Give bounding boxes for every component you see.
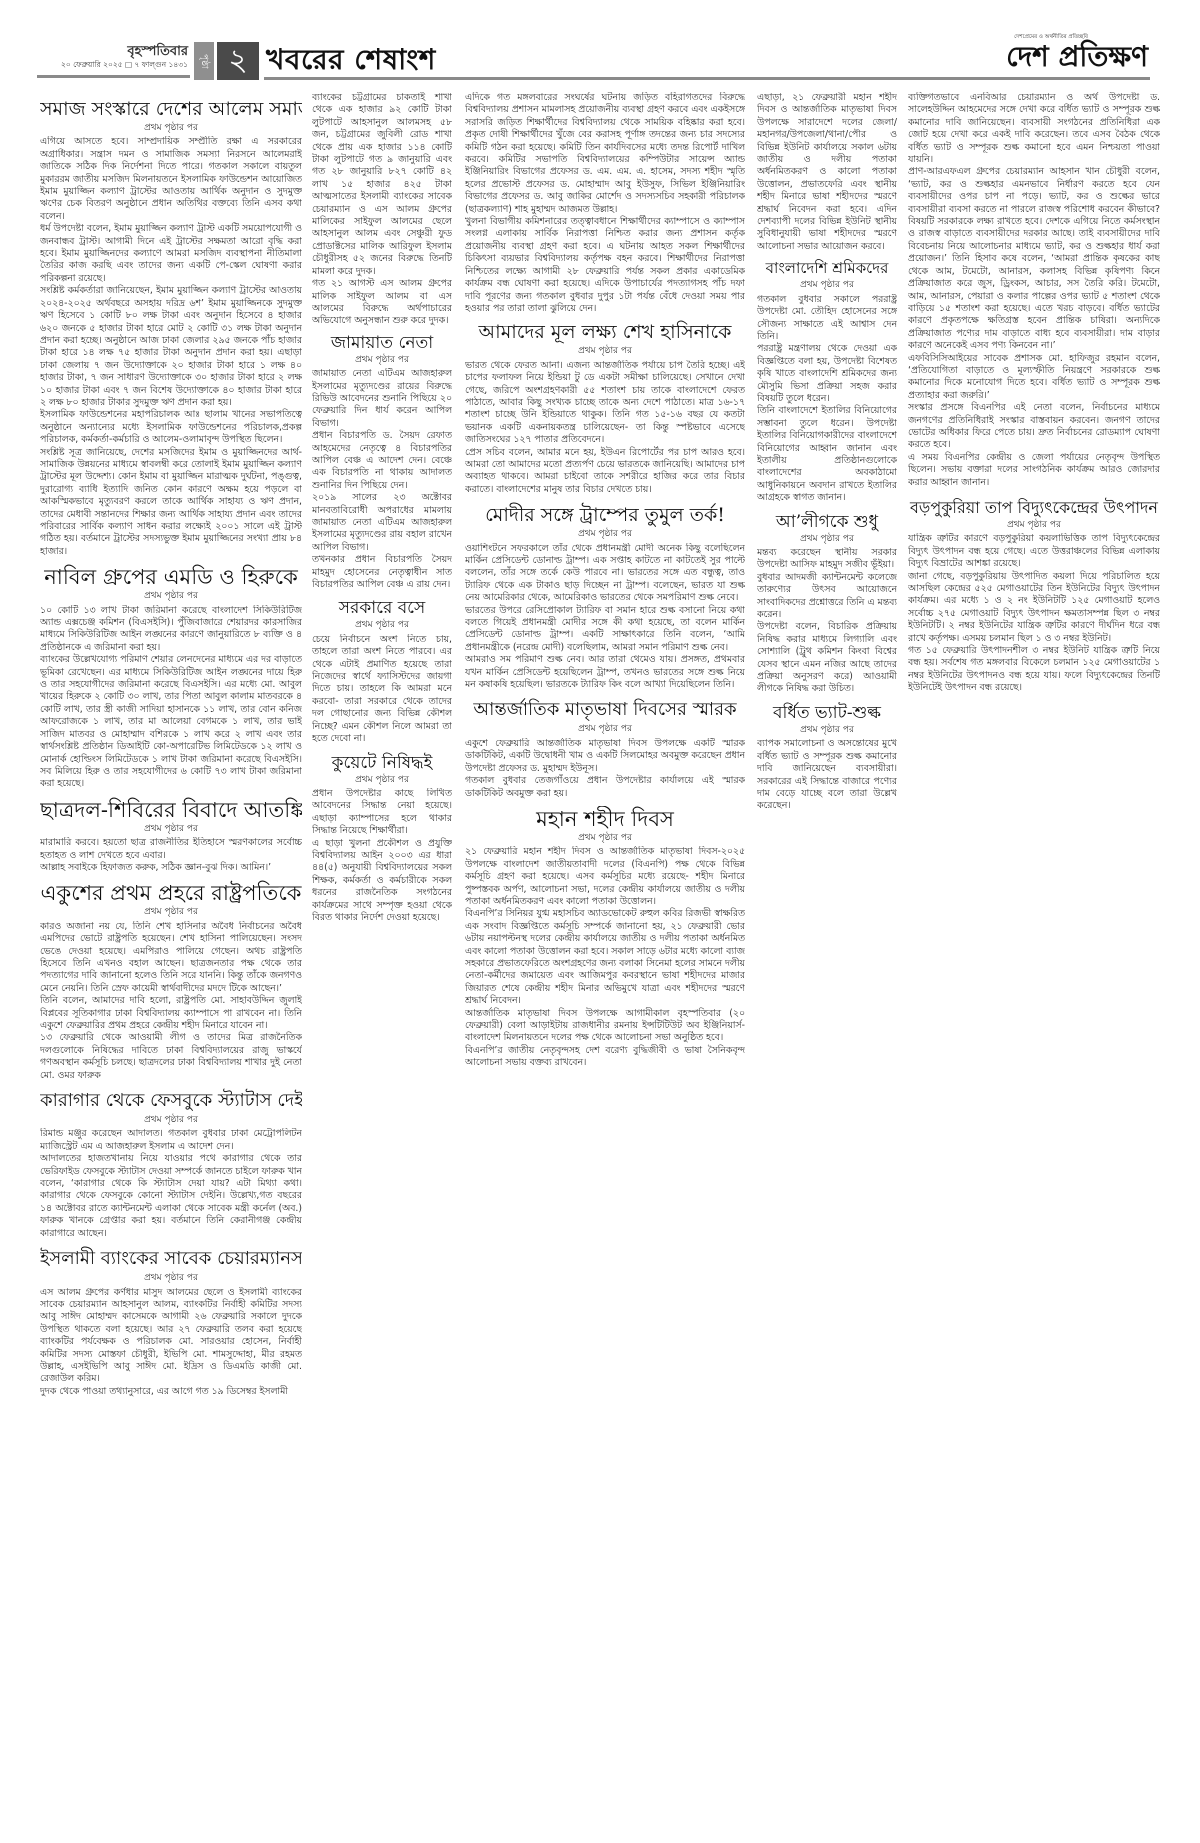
jump-line: প্রথম পৃষ্ঠার পর [40, 1114, 302, 1126]
masthead-name: দেশ প্রতিক্ষণ [1006, 42, 1148, 72]
headline: একুশের প্রথম প্রহরে রাষ্ট্রপতিকে [40, 880, 302, 906]
paragraph: ১০ কোটি ১৩ লাখ টাকা জরিমানা করেছে বাংলাদ… [40, 605, 302, 655]
paragraph: বিএনপি’র জাতীয় নেতৃবৃন্দসহ দেশ বরেণ্য ব… [465, 1045, 745, 1070]
jump-line: প্রথম পৃষ্ঠার পর [312, 354, 452, 366]
paragraph: ভারতের উপরে রেসিপ্রোকাল ট্যারিফ বা সমান … [465, 605, 745, 655]
paragraph: প্রেস সচিব বলেন, আমার মনে হয়, ইউএন রিপো… [465, 447, 745, 497]
jump-line: প্রথম পৃষ্ঠার পর [40, 122, 302, 134]
paragraph: গতকাল বুধবার সকালে পররাষ্ট্র উপদেষ্টা মো… [757, 294, 897, 344]
paragraph: ধর্ম উপদেষ্টা বলেন, ইমাম মুয়াজ্জিন কল্য… [40, 223, 302, 285]
paragraph: এগিয়ে আসতে হবে। সাম্প্রদায়িক সম্প্রীতি… [40, 136, 302, 223]
paragraph: গত ১৫ ফেব্রুয়ারি উৎপাদনশীল ৩ নম্বর ইউনি… [908, 645, 1160, 695]
story-chhatradal: ছাত্রদল-শিবিরের বিবাদে আতঙ্কিত প্রথম পৃষ… [40, 797, 302, 875]
headline: ছাত্রদল-শিবিরের বিবাদে আতঙ্কিত [40, 797, 302, 823]
jump-line: প্রথম পৃষ্ঠার পর [757, 724, 897, 736]
paragraph: এ ছাড়া খুলনা প্রকৌশল ও প্রযুক্তি বিশ্বব… [312, 838, 452, 925]
story-matribhasha: আন্তর্জাতিক মাতৃভাষা দিবসের স্মারক প্রথম… [465, 697, 745, 799]
paragraph: ১৩ ফেব্রুয়ারি থেকে আওয়ামী লীগ ও তাদের … [40, 1032, 302, 1082]
story-jamaat: জামায়াত নেতা প্রথম পৃষ্ঠার পর জামায়াত … [312, 332, 452, 592]
paragraph: কারও অজানা নয় যে, তিনি শেখ হাসিনার অবৈধ… [40, 921, 302, 995]
headline: আ’লীগকে শুধু [757, 511, 897, 533]
paragraph: সংশ্লিষ্ট কর্মকর্তারা জানিয়েছেন, ইমাম ম… [40, 285, 302, 409]
story-shromik: বাংলাদেশি শ্রমিকদের প্রথম পৃষ্ঠার পর গতক… [757, 257, 897, 504]
story-hasina: আমাদের মূল লক্ষ্য শেখ হাসিনাকে প্রথম পৃষ… [465, 319, 745, 496]
paragraph: খুলনা বিভাগীয় কমিশনারের তত্ত্বাবধানে শি… [465, 216, 745, 315]
paragraph: ইসলামিক ফাউন্ডেশনের মহাপরিচালক আঃ ছালাম … [40, 409, 302, 446]
story-sarkare: সরকারে বসে প্রথম পৃষ্ঠার পর চেয়ে নির্বা… [312, 597, 452, 745]
paragraph: তখনকার প্রধান বিচারপতি সৈয়দ মাহমুদ হোসে… [312, 554, 452, 591]
story-alem: সমাজ সংস্কারে দেশের আলেম সমাজকে প্রথম পৃ… [40, 96, 302, 558]
paragraph: বিএনপি’র সিনিয়র যুগ্ম মহাসচিব অ্যাডভোকে… [465, 908, 745, 1007]
paragraph: ব্যাংকের চট্টগ্রামের চাকতাই শাখা থেকে এক… [312, 92, 452, 278]
page-header: বৃহস্পতিবার ২০ ফেব্রুয়ারি ২০২৫ □ ৭ ফাল্… [0, 0, 1200, 70]
paragraph: পররাষ্ট্র মন্ত্রণালয় থেকে দেওয়া এক বিজ… [757, 343, 897, 405]
masthead-logo: দেশপ্রেমের ও অর্থনীতির প্রতিচ্ছবি দেশ প্… [1006, 34, 1148, 72]
headline: কুয়েটে নিষিদ্ধই [312, 752, 452, 774]
column-6: ব্যক্তিগতভাবে এনবিআর চেয়ারম্যান ও অর্থ … [908, 92, 1160, 1837]
jump-line: প্রথম পৃষ্ঠার পর [465, 528, 745, 540]
story-mohan: মহান শহীদ দিবস প্রথম পৃষ্ঠার পর ২১ ফেব্র… [465, 806, 745, 1070]
paragraph: এস আলম গ্রুপের কর্ণধার মাসুদ আলমের ছেলে … [40, 1287, 302, 1386]
story-nabil: নাবিল গ্রুপের এমডি ও হিরুকে প্রথম পৃষ্ঠা… [40, 564, 302, 791]
paragraph: প্রধান উপদেষ্টার কাছে লিখিত আবেদনের সিদ্… [312, 788, 452, 838]
jump-line: প্রথম পৃষ্ঠার পর [465, 832, 745, 844]
paragraph: আদালতের হাজতখানায় নিয়ে যাওয়ার পথে কার… [40, 1153, 302, 1240]
paragraph: গতকাল বুধবার তেজগাঁওয়ে প্রধান উপদেষ্টার… [465, 775, 745, 800]
header-rule-left [37, 75, 190, 78]
story-ekushe: একুশের প্রথম প্রহরে রাষ্ট্রপতিকে প্রথম প… [40, 880, 302, 1082]
jump-line: প্রথম পৃষ্ঠার পর [908, 519, 1160, 531]
jump-line: প্রথম পৃষ্ঠার পর [312, 774, 452, 786]
paragraph: ওয়াশিংটনে সফরকালে তাঁর থেকে প্রধানমন্ত্… [465, 543, 745, 605]
jump-line: প্রথম পৃষ্ঠার পর [757, 533, 897, 545]
story-karagar: কারাগার থেকে ফেসবুকে স্ট্যাটাস দেইনি প্র… [40, 1088, 302, 1240]
paragraph: মন্তব্য করেছেন স্থানীয় সরকার উপদেষ্টা আ… [757, 547, 897, 572]
paragraph: রিমান্ড মঞ্জুর করেছেন আদালত। গতকাল বুধবা… [40, 1128, 302, 1153]
paragraph: এ সময় বিএনপির কেন্দ্রীয় ও জেলা পর্যায়… [908, 452, 1160, 489]
story-trump: মোদীর সঙ্গে ট্রাম্পের তুমুল তর্ক! প্রথম … [465, 502, 745, 691]
paragraph: একুশে ফেব্রুয়ারি আন্তর্জাতিক মাতৃভাষা দ… [465, 738, 745, 775]
column-5: এছাড়া, ২১ ফেব্রুয়ারী মহান শহীদ দিবস ও … [757, 92, 897, 1837]
story-islami-bank: ইসলামী ব্যাংকের সাবেক চেয়ারম্যানসহ প্রথ… [40, 1246, 302, 1398]
headline: মহান শহীদ দিবস [465, 806, 745, 832]
paragraph: ব্যক্তিগতভাবে এনবিআর চেয়ারম্যান ও অর্থ … [908, 92, 1160, 166]
headline: আন্তর্জাতিক মাতৃভাষা দিবসের স্মারক [465, 697, 745, 723]
column-2: ব্যাংকের চট্টগ্রামের চাকতাই শাখা থেকে এক… [312, 92, 452, 1837]
paragraph: ব্যাংকের উল্লেখযোগ্য পরিমাণ শেয়ার লেনদে… [40, 654, 302, 790]
paragraph: প্রাণ-আরএফএল গ্রুপের চেয়ারম্যান আহসান খ… [908, 166, 1160, 352]
jump-line: প্রথম পৃষ্ঠার পর [40, 1272, 302, 1284]
paragraph: বুধবার আদমজী ক্যান্টনমেন্ট কলেজে তারুণ্য… [757, 572, 897, 622]
jump-line: প্রথম পৃষ্ঠার পর [757, 279, 897, 291]
paragraph: চেয়ে নির্বাচনে অংশ নিতে চায়, তাহলে তার… [312, 634, 452, 746]
story-barapukuria: বড়পুকুরিয়া তাপ বিদ্যুৎকেন্দ্রের উৎপাদন… [908, 497, 1160, 695]
headline: মোদীর সঙ্গে ট্রাম্পের তুমুল তর্ক! [465, 502, 745, 528]
jump-line: প্রথম পৃষ্ঠার পর [465, 345, 745, 357]
paragraph: ব্যাপক সমালোচনা ও অসন্তোষের মুখে বর্ধিত … [757, 738, 897, 812]
paragraph: আন্তর্জাতিক মাতৃভাষা দিবস উপলক্ষে আগামীক… [465, 1008, 745, 1045]
headline: নাবিল গ্রুপের এমডি ও হিরুকে [40, 564, 302, 590]
paragraph: মারামারি করবে। হয়তো ছাত্র রাজনীতির ইতিহ… [40, 837, 302, 862]
story-vat: বর্ধিত ভ্যাট-শুল্ক প্রথম পৃষ্ঠার পর ব্যা… [757, 702, 897, 813]
page-number: ২ [217, 42, 259, 80]
jump-line: প্রথম পৃষ্ঠার পর [312, 619, 452, 631]
paragraph: এদিকে গত মঙ্গলবারের সংঘর্ষের ঘটনায় জড়ি… [465, 92, 745, 216]
headline: সরকারে বসে [312, 597, 452, 619]
headline: সমাজ সংস্কারে দেশের আলেম সমাজকে [40, 96, 302, 122]
paragraph: তিনি বাংলাদেশে ইতালির বিনিয়োগের সম্ভাবন… [757, 405, 897, 504]
paragraph: এফবিসিসিআইয়ের সাবেক প্রশাসক মো. হাফিজুর… [908, 353, 1160, 403]
paragraph: ভারত থেকে ফেরত আনা। এজন্য আন্তর্জাতিক পর… [465, 360, 745, 447]
paragraph: ২১ ফেব্রুয়ারি মহান শহীদ দিবস ও আন্তর্জা… [465, 846, 745, 908]
page-label: পৃষ্ঠা [194, 42, 214, 80]
headline: বড়পুকুরিয়া তাপ বিদ্যুৎকেন্দ্রের উৎপাদন [908, 497, 1160, 519]
paragraph: প্রধান বিচারপতি ড. সৈয়দ রেফাত আহমেদের ন… [312, 430, 452, 492]
jump-line: প্রথম পৃষ্ঠার পর [40, 590, 302, 602]
paragraph: জামায়াত নেতা এটিএম আজহারুল ইসলামের মৃত্… [312, 368, 452, 430]
headline: জামায়াত নেতা [312, 332, 452, 354]
header-rule-right [264, 77, 1150, 80]
paragraph: দুদক থেকে পাওয়া তথ্যানুসারে, এর আগে গত … [40, 1386, 302, 1398]
paragraph: জানা গেছে, বড়পুকুরিয়ায় উৎপাদিত কয়লা … [908, 571, 1160, 645]
headline: আমাদের মূল লক্ষ্য শেখ হাসিনাকে [465, 319, 745, 345]
paragraph: উপদেষ্টা বলেন, বিচারিক প্রক্রিয়ায় নিষি… [757, 621, 897, 695]
column-1: সমাজ সংস্কারে দেশের আলেম সমাজকে প্রথম পৃ… [40, 92, 302, 1837]
paragraph: ২০১৯ সালের ২৩ অক্টোবর মানবতাবিরোধী অপরাধ… [312, 492, 452, 554]
headline: বর্ধিত ভ্যাট-শুল্ক [757, 702, 897, 724]
jump-line: প্রথম পৃষ্ঠার পর [40, 906, 302, 918]
issue-date: ২০ ফেব্রুয়ারি ২০২৫ □ ৭ ফাল্গুন ১৪৩১ [40, 60, 188, 72]
column-3: এদিকে গত মঙ্গলবারের সংঘর্ষের ঘটনায় জড়ি… [465, 92, 745, 1837]
headline: কারাগার থেকে ফেসবুকে স্ট্যাটাস দেইনি [40, 1088, 302, 1114]
paragraph: সংশ্লিষ্ট সূত্র জানিয়েছে, দেশের মসজিদের… [40, 447, 302, 559]
paragraph: আমরাও সম পরিমাণ শুল্ক নেব। আর তারা থেমেও… [465, 654, 745, 691]
story-kuet: কুয়েটে নিষিদ্ধই প্রথম পৃষ্ঠার পর প্রধান… [312, 752, 452, 925]
paragraph: তিনি বলেন, আমাদের দাবি হলো, রাষ্ট্রপতি ম… [40, 995, 302, 1032]
paragraph: গত ২১ আগস্ট এস আলম গ্রুপের মালিক সাইফুল … [312, 278, 452, 328]
headline: বাংলাদেশি শ্রমিকদের [757, 257, 897, 279]
paragraph: সংস্কার প্রসঙ্গে বিএনপির এই নেতা বলেন, ন… [908, 402, 1160, 452]
paragraph: যান্ত্রিক ত্রুটির কারণে বড়পুকুরিয়া কয়… [908, 533, 1160, 570]
paragraph: এছাড়া, ২১ ফেব্রুয়ারী মহান শহীদ দিবস ও … [757, 92, 897, 253]
paragraph: আল্লাহ সবাইকে হিফাজত করুক, সঠিক জ্ঞান-বু… [40, 862, 302, 874]
jump-line: প্রথম পৃষ্ঠার পর [40, 823, 302, 835]
jump-line: প্রথম পৃষ্ঠার পর [465, 723, 745, 735]
headline: ইসলামী ব্যাংকের সাবেক চেয়ারম্যানসহ [40, 1246, 302, 1272]
story-aliga: আ’লীগকে শুধু প্রথম পৃষ্ঠার পর মন্তব্য কর… [757, 511, 897, 696]
